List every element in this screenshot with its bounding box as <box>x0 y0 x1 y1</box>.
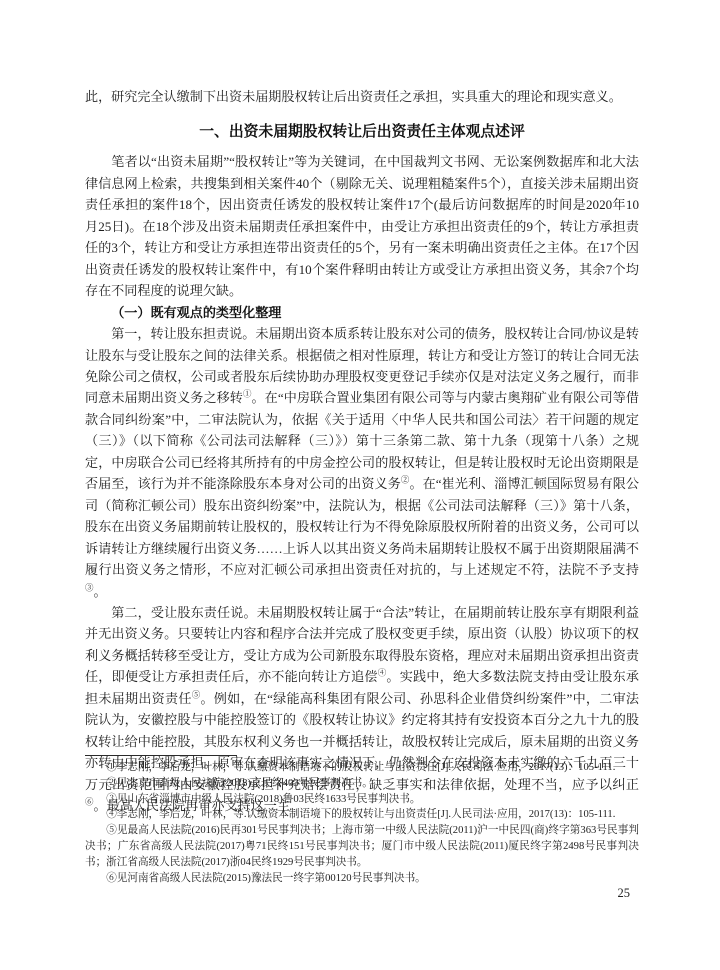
subsection-heading: （一）既有观点的类型化整理 <box>85 302 639 323</box>
footnote-separator <box>85 755 237 756</box>
footnote-6: ⑥见河南省高级人民法院(2015)豫法民一终字第00120号民事判决书。 <box>85 871 639 887</box>
footnote-reference: ② <box>401 475 410 485</box>
intro-paragraph-continuation: 此，研究完全认缴制下出资未届期股权转让后出资责任之承担，实具重大的理论和现实意义… <box>85 86 639 107</box>
footnote-4: ④李志刚，李后龙，叶林，等.认缴资本制语境下的股权转让与出资责任[J].人民司法… <box>85 807 639 823</box>
footnote-1: ①李志刚，李后龙，叶林，等.认缴资本制语境下的股权转让与出资责任[J].人民司法… <box>85 760 639 776</box>
article-body: 此，研究完全认缴制下出资未届期股权转让后出资责任之承担，实具重大的理论和现实意义… <box>85 86 639 817</box>
survey-paragraph: 笔者以“出资未届期”“股权转让”等为关键词，在中国裁判文书网、无讼案例数据库和北… <box>85 151 639 301</box>
transferor-liability-paragraph: 第一，转让股东担责说。未届期出资本质系转让股东对公司的债务，股权转让合同/协议是… <box>85 323 639 602</box>
document-page: 此，研究完全认缴制下出资未届期股权转让后出资责任之承担，实具重大的理论和现实意义… <box>0 0 720 970</box>
footnote-reference: ③ <box>85 582 94 592</box>
footnote-2: ②见北京市高级人民法院(2018)京民终403号民事判决书。 <box>85 776 639 792</box>
footnote-reference: ⑤ <box>192 689 201 699</box>
footnote-reference: ① <box>243 389 252 399</box>
section-heading: 一、出资未届期股权转让后出资责任主体观点述评 <box>85 120 639 141</box>
footnote-5: ⑤见最高人民法院(2016)民再301号民事判决书；上海市第一中级人民法院(20… <box>85 823 639 870</box>
page-number: 25 <box>618 886 631 901</box>
footnote-reference: ④ <box>378 668 387 678</box>
footnotes-block: ①李志刚，李后龙，叶林，等.认缴资本制语境下的股权转让与出资责任[J].人民司法… <box>85 760 639 886</box>
footnote-3: ③见山东省淄博市中级人民法院(2018)鲁03民终1633号民事判决书。 <box>85 792 639 808</box>
